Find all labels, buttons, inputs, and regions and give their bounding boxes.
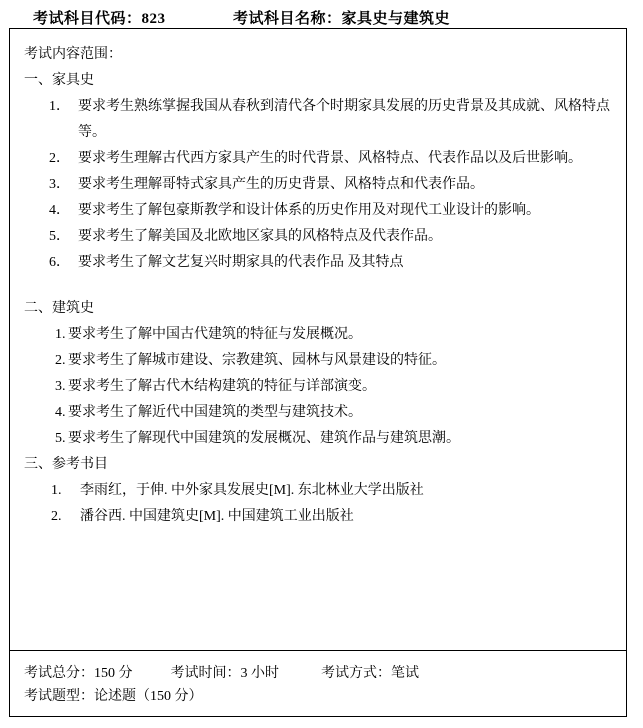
syllabus-content: 考试内容范围： 一、家具史 1． 要求考生熟练掌握我国从春秋到清代各个时期家具发… — [10, 29, 626, 530]
item-text: 李雨红，于伸. 中外家具发展史[M]. 东北林业大学出版社 — [80, 478, 614, 504]
scope-title: 考试内容范围： — [24, 42, 614, 68]
exam-duration-label: 考试时间：3 小时 — [171, 666, 280, 681]
item-number: 5. — [55, 426, 68, 452]
item-number: 2. — [55, 348, 68, 374]
item-number: 2. — [51, 504, 80, 530]
section-title-architecture-history: 二、建筑史 — [24, 296, 614, 322]
question-type-label: 考试题型：论述题（150 分） — [24, 689, 203, 704]
item-text: 要求考生了解包豪斯教学和设计体系的历史作用及对现代工业设计的影响。 — [78, 198, 614, 224]
syllabus-box: 考试内容范围： 一、家具史 1． 要求考生熟练掌握我国从春秋到清代各个时期家具发… — [9, 28, 627, 717]
item-text: 要求考生了解近代中国建筑的类型与建筑技术。 — [68, 400, 614, 426]
item-number: 1． — [49, 94, 78, 146]
list-item: 5. 要求考生了解现代中国建筑的发展概况、建筑作品与建筑思潮。 — [55, 426, 614, 452]
item-number: 1. — [51, 478, 80, 504]
list-item: 1． 要求考生熟练掌握我国从春秋到清代各个时期家具发展的历史背景及其成就、风格特… — [49, 94, 614, 146]
item-number: 5． — [49, 224, 78, 250]
list-item: 2. 要求考生了解城市建设、宗教建筑、园林与风景建设的特征。 — [55, 348, 614, 374]
item-number: 6． — [49, 250, 78, 276]
section-title-furniture-history: 一、家具史 — [24, 68, 614, 94]
item-number: 3． — [49, 172, 78, 198]
exam-info-footer: 考试总分：150 分考试时间：3 小时考试方式：笔试 考试题型：论述题（150 … — [10, 650, 626, 716]
exam-info-line2: 考试题型：论述题（150 分） — [24, 685, 614, 708]
item-text: 要求考生了解城市建设、宗教建筑、园林与风景建设的特征。 — [68, 348, 614, 374]
exam-syllabus-page: 考试科目代码：823考试科目名称：家具史与建筑史 考试内容范围： 一、家具史 1… — [0, 0, 643, 728]
total-score-label: 考试总分：150 分 — [24, 666, 133, 681]
item-number: 1. — [55, 322, 68, 348]
exam-method-label: 考试方式：笔试 — [321, 666, 419, 681]
subject-name-label: 考试科目名称：家具史与建筑史 — [233, 11, 450, 27]
exam-info-line1: 考试总分：150 分考试时间：3 小时考试方式：笔试 — [24, 662, 614, 685]
list-item: 6． 要求考生了解文艺复兴时期家具的代表作品 及其特点 — [49, 250, 614, 276]
list-item: 3. 要求考生了解古代木结构建筑的特征与详部演变。 — [55, 374, 614, 400]
subject-code-label: 考试科目代码：823 — [33, 7, 233, 28]
list-item: 4． 要求考生了解包豪斯教学和设计体系的历史作用及对现代工业设计的影响。 — [49, 198, 614, 224]
item-text: 要求考生了解中国古代建筑的特征与发展概况。 — [68, 322, 614, 348]
list-item: 3． 要求考生理解哥特式家具产生的历史背景、风格特点和代表作品。 — [49, 172, 614, 198]
item-text: 要求考生了解古代木结构建筑的特征与详部演变。 — [68, 374, 614, 400]
item-text: 要求考生熟练掌握我国从春秋到清代各个时期家具发展的历史背景及其成就、风格特点等。 — [78, 94, 614, 146]
item-number: 2． — [49, 146, 78, 172]
document-header: 考试科目代码：823考试科目名称：家具史与建筑史 — [33, 7, 450, 28]
list-item: 1. 要求考生了解中国古代建筑的特征与发展概况。 — [55, 322, 614, 348]
reference-item: 1. 李雨红，于伸. 中外家具发展史[M]. 东北林业大学出版社 — [51, 478, 614, 504]
item-text: 要求考生理解哥特式家具产生的历史背景、风格特点和代表作品。 — [78, 172, 614, 198]
reference-item: 2. 潘谷西. 中国建筑史[M]. 中国建筑工业出版社 — [51, 504, 614, 530]
item-text: 潘谷西. 中国建筑史[M]. 中国建筑工业出版社 — [80, 504, 614, 530]
item-number: 3. — [55, 374, 68, 400]
item-number: 4． — [49, 198, 78, 224]
item-number: 4. — [55, 400, 68, 426]
item-text: 要求考生了解美国及北欧地区家具的风格特点及代表作品。 — [78, 224, 614, 250]
list-item: 4. 要求考生了解近代中国建筑的类型与建筑技术。 — [55, 400, 614, 426]
item-text: 要求考生理解古代西方家具产生的时代背景、风格特点、代表作品以及后世影响。 — [78, 146, 614, 172]
list-item: 2． 要求考生理解古代西方家具产生的时代背景、风格特点、代表作品以及后世影响。 — [49, 146, 614, 172]
section-title-references: 三、参考书目 — [24, 452, 614, 478]
item-text: 要求考生了解现代中国建筑的发展概况、建筑作品与建筑思潮。 — [68, 426, 614, 452]
list-item: 5． 要求考生了解美国及北欧地区家具的风格特点及代表作品。 — [49, 224, 614, 250]
item-text: 要求考生了解文艺复兴时期家具的代表作品 及其特点 — [78, 250, 614, 276]
